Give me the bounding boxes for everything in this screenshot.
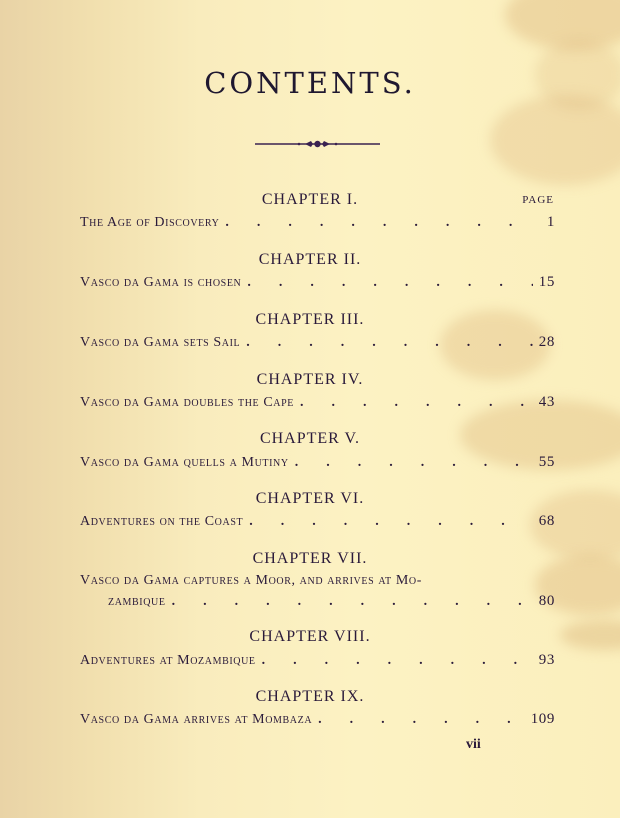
folio-page-number: vii — [466, 737, 481, 753]
entry-title: Adventures at Mozambique — [80, 653, 256, 669]
entry-title: Vasco da Gama doubles the Cape — [80, 395, 294, 411]
entry-title-line2: zambique — [108, 594, 166, 610]
toc-entry[interactable]: Adventures at Mozambique 93 — [80, 652, 555, 669]
chapter-heading: CHAPTER IV. — [0, 371, 620, 389]
dot-leader — [289, 455, 533, 471]
page-number: 55 — [533, 454, 555, 471]
dot-leader — [166, 594, 533, 610]
page-number: 1 — [533, 214, 555, 231]
toc-entry[interactable]: Vasco da Gama sets Sail 28 — [80, 334, 555, 351]
book-page: CONTENTS. PAGE CHAPTER I. The Age of Dis… — [0, 0, 620, 818]
dot-leader — [243, 514, 533, 530]
entry-title: The Age of Discovery — [80, 215, 219, 231]
dot-leader — [256, 653, 533, 669]
toc-entry[interactable]: Adventures on the Coast 68 — [80, 513, 555, 530]
entry-title: Vasco da Gama arrives at Mombaza — [80, 712, 312, 728]
chapter-heading: CHAPTER IX. — [0, 688, 620, 706]
ornament-rule-icon — [255, 138, 380, 150]
chapter-heading: CHAPTER III. — [0, 311, 620, 329]
page-number: 80 — [533, 593, 555, 610]
toc-entry[interactable]: Vasco da Gama is chosen 15 — [80, 274, 555, 291]
chapter-heading: CHAPTER VIII. — [0, 628, 620, 646]
page-number: 43 — [533, 394, 555, 411]
page-number: 15 — [533, 274, 555, 291]
dot-leader — [312, 712, 531, 728]
page-number: 68 — [533, 513, 555, 530]
chapter-heading: CHAPTER II. — [0, 251, 620, 269]
chapter-heading: CHAPTER V. — [0, 430, 620, 448]
chapter-heading: CHAPTER VI. — [0, 490, 620, 508]
toc-entry[interactable]: The Age of Discovery 1 — [80, 214, 555, 231]
dot-leader — [241, 275, 533, 291]
page-number: 28 — [533, 334, 555, 351]
page-number: 109 — [531, 711, 555, 728]
toc-entry[interactable]: Vasco da Gama arrives at Mombaza 109 — [80, 711, 555, 728]
dot-leader — [219, 215, 533, 231]
page-title: CONTENTS. — [0, 66, 620, 100]
entry-title: Vasco da Gama sets Sail — [80, 335, 240, 351]
toc-entry[interactable]: Vasco da Gama doubles the Cape 43 — [80, 394, 555, 411]
entry-title: Vasco da Gama quells a Mutiny — [80, 455, 289, 471]
water-stain — [490, 95, 620, 185]
toc-entry[interactable]: zambique 80 — [108, 593, 555, 610]
entry-title-line1[interactable]: Vasco da Gama captures a Moor, and arriv… — [80, 573, 422, 589]
entry-title: Adventures on the Coast — [80, 514, 243, 530]
chapter-heading: CHAPTER I. — [0, 191, 620, 209]
entry-title: Vasco da Gama is chosen — [80, 275, 241, 291]
page-number: 93 — [533, 652, 555, 669]
toc-entry[interactable]: Vasco da Gama quells a Mutiny 55 — [80, 454, 555, 471]
chapter-heading: CHAPTER VII. — [0, 550, 620, 568]
dot-leader — [240, 335, 533, 351]
dot-leader — [294, 395, 533, 411]
